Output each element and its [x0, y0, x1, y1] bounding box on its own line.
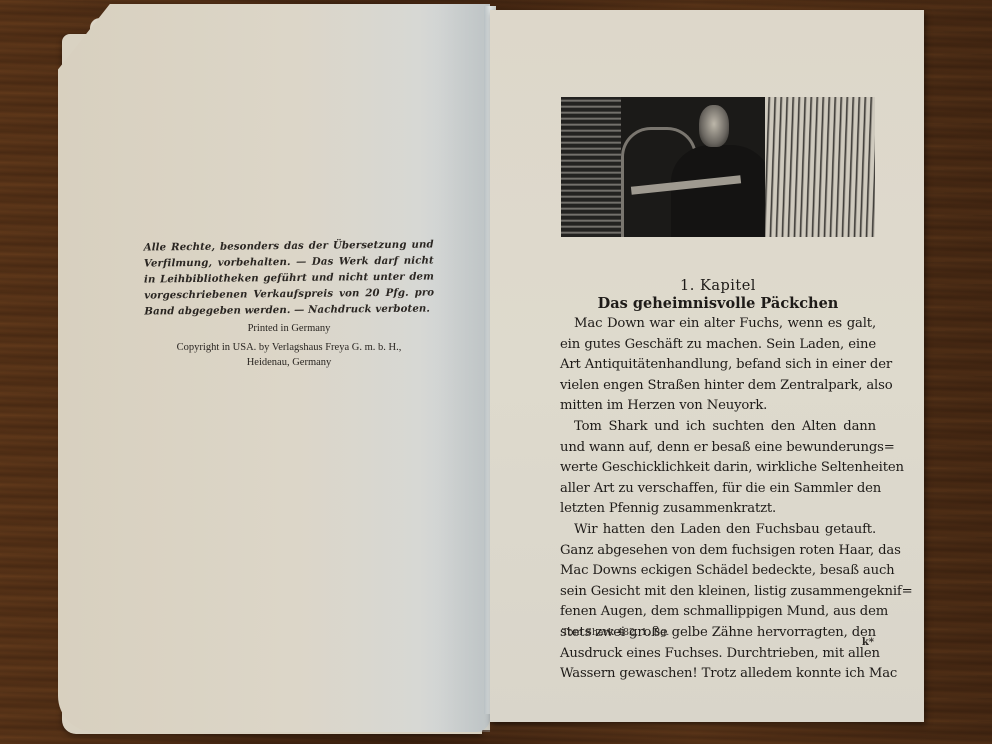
imprint-block: Alle Rechte, besonders das der Übersetzu…	[144, 238, 434, 370]
text-line: Wir hatten den Laden den Fuchsbau getauf…	[560, 520, 876, 541]
text-line: vielen engen Straßen hinter dem Zentralp…	[560, 376, 876, 397]
text-line: und wann auf, denn er besaß eine bewunde…	[560, 438, 876, 459]
text-line: letzten Pfennig zusammenkratzt.	[560, 499, 876, 520]
illustration-figure-body	[671, 145, 771, 237]
text-line: aller Art zu verschaffen, für die ein Sa…	[560, 479, 876, 500]
text-line: Mac Down war ein alter Fuchs, wenn es ga…	[560, 314, 876, 335]
text-line: Wassern gewaschen! Trotz alledem konnte …	[560, 664, 876, 685]
chapter-title: Das geheimnisvolle Päckchen	[560, 295, 876, 312]
chapter-block: 1. Kapitel Das geheimnisvolle Päckchen M…	[560, 278, 876, 685]
text-line: Ganz abgesehen von dem fuchsigen roten H…	[560, 541, 876, 562]
illustration-figure-head	[699, 105, 729, 147]
printed-in-germany: Printed in Germany	[144, 323, 434, 334]
copyright-line-2: Heidenau, Germany	[144, 355, 434, 370]
text-line: werte Geschicklichkeit darin, wirkliche …	[560, 458, 876, 479]
chapter-number: 1. Kapitel	[560, 278, 876, 294]
text-line: Art Antiquitätenhandlung, befand sich in…	[560, 355, 876, 376]
copyright-line-1: Copyright in USA. by Verlagshaus Freya G…	[144, 340, 434, 355]
text-line: Tom Shark und ich suchten den Alten dann	[560, 417, 876, 438]
rights-notice: Alle Rechte, besonders das der Übersetzu…	[144, 236, 435, 319]
page-footer: Tom Shark 482, 1. Bg. k*	[562, 627, 874, 647]
illustration-curtain	[765, 97, 875, 237]
illustration-shelves	[561, 97, 621, 237]
sheet-mark: k*	[862, 637, 874, 648]
text-line: mitten im Herzen von Neuyork.	[560, 396, 876, 417]
woodcut-illustration	[561, 97, 875, 237]
text-line: fenen Augen, dem schmallippigen Mund, au…	[560, 602, 876, 623]
text-line: ein gutes Geschäft zu machen. Sein Laden…	[560, 335, 876, 356]
copyright-notice: Copyright in USA. by Verlagshaus Freya G…	[144, 340, 434, 370]
printer-signature: Tom Shark 482, 1. Bg.	[562, 627, 669, 638]
text-line: sein Gesicht mit den kleinen, listig zus…	[560, 582, 876, 603]
text-line: Mac Downs eckigen Schädel bedeckte, besa…	[560, 561, 876, 582]
